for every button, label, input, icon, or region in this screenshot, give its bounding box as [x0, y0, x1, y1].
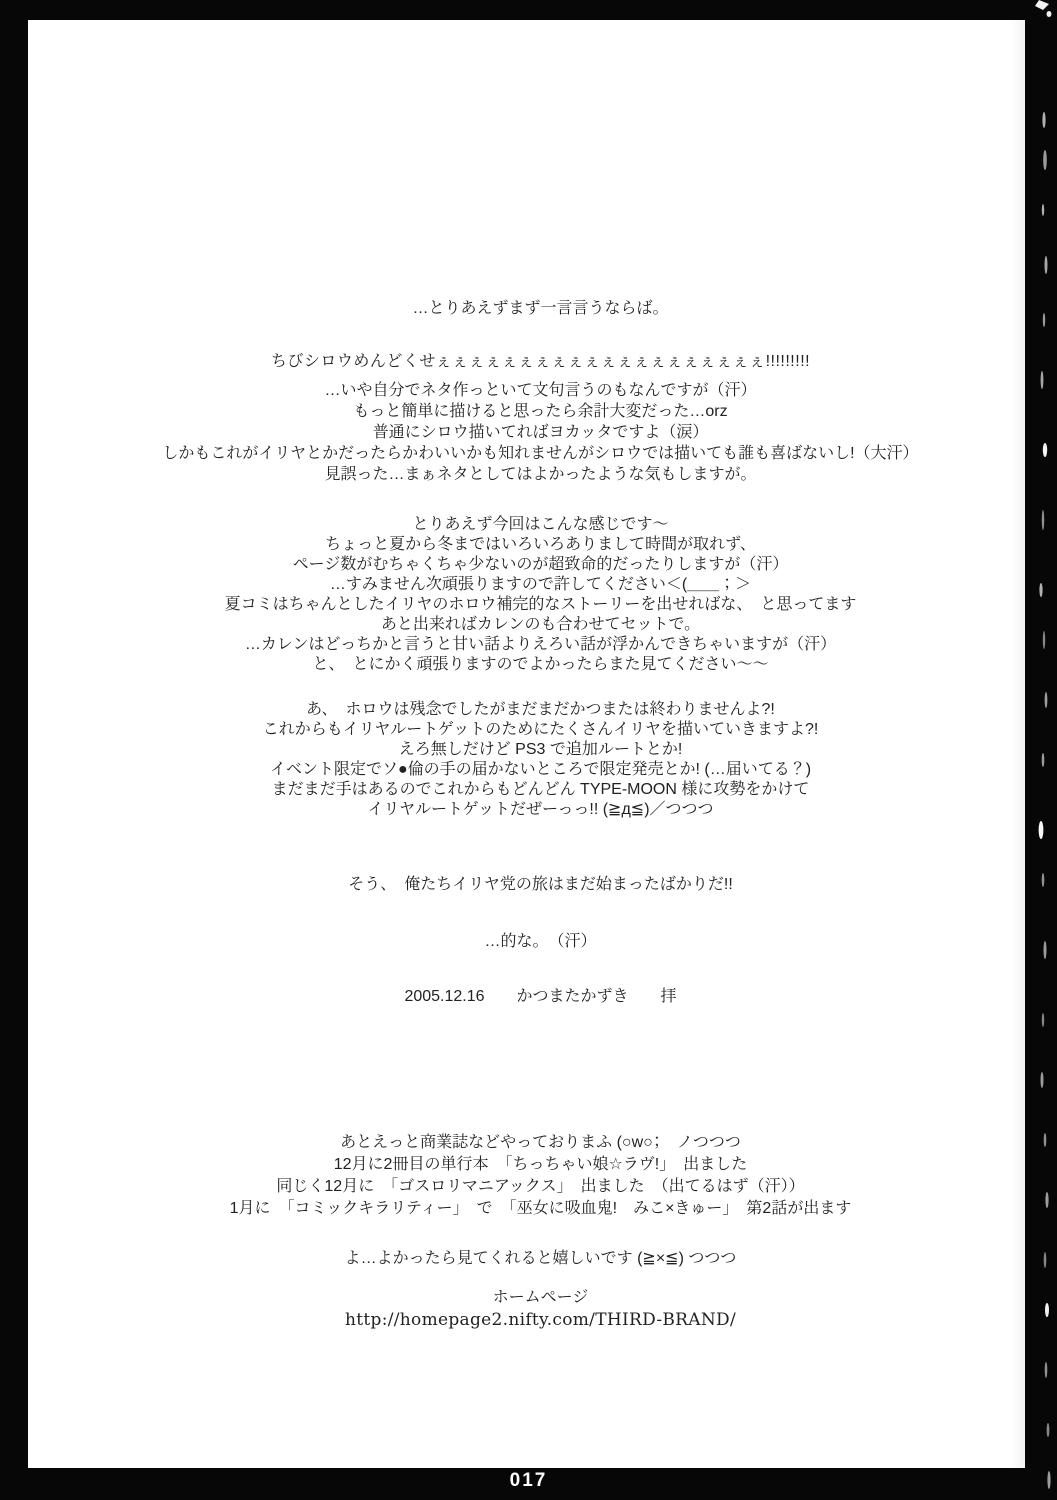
afterword-page: …とりあえずまず一言言うならば。 ちびシロウめんどくせぇぇぇぇぇぇぇぇぇぇぇぇぇ…	[28, 20, 1025, 1468]
text-line: イリヤルートゲットだぜーっっ!! (≧д≦)／つつつ	[42, 800, 1039, 820]
date-signature-line: 2005.12.16 かつまたかずき 拝	[42, 983, 1039, 1006]
text-line: えろ無しだけど PS3 で追加ルートとか!	[42, 740, 1039, 760]
text-line: もっと簡単に描けると思ったら余計大変だった…orz	[42, 401, 1039, 422]
text-line: これからもイリヤルートゲットのためにたくさんイリヤを描いていきますよ?!	[42, 720, 1039, 740]
text-line: …いや自分でネタ作っといて文句言うのもなんですが（汗）	[42, 380, 1039, 401]
text-line: ちょっと夏から冬まではいろいろありまして時間が取れず、	[42, 535, 1039, 555]
afterword-paragraph-this-issue: とりあえず今回はこんな感じです～ ちょっと夏から冬まではいろいろありまして時間が…	[28, 515, 1025, 675]
tekina-line: …的な。 （汗）	[42, 928, 1039, 951]
chibi-shirou-complaint-line: ちびシロウめんどくせぇぇぇぇぇぇぇぇぇぇぇぇぇぇぇぇぇぇぇぇ!!!!!!!!!	[42, 348, 1039, 371]
afterword-paragraph-regret: …いや自分でネタ作っといて文句言うのもなんですが（汗） もっと簡単に描けると思っ…	[28, 380, 1025, 485]
text-line: と、 とにかく頑張りますのでよかったらまた見てください～～	[42, 655, 1039, 675]
text-line: あとえっと商業誌などやっておりまふ (○w○； ノつつつ	[42, 1132, 1039, 1154]
text-line: まだまだ手はあるのでこれからもどんどん TYPE-MOON 様に攻勢をかけて	[42, 780, 1039, 800]
text-line: 普通にシロウ描いてればヨカッタですよ（涙）	[42, 422, 1039, 443]
text-line: あ、 ホロウは残念でしたがまだまだかつまたは終わりませんよ?!	[42, 700, 1039, 720]
please-look-line: よ…よかったら見てくれると嬉しいです (≧×≦) つつつ	[42, 1245, 1039, 1268]
homepage-url: http://homepage2.nifty.com/THIRD-BRAND/	[42, 1309, 1039, 1331]
text-line: 1月に 「コミックキラリティー」 で 「巫女に吸血鬼! みこ×きゅー」 第2話が…	[42, 1198, 1039, 1220]
text-line: 同じく12月に 「ゴスロリマニアックス」 出ました （出てるはず（汗））	[42, 1176, 1039, 1198]
scan-edge-noise	[1025, 0, 1057, 1500]
journey-line: そう、 俺たちイリヤ党の旅はまだ始まったばかりだ!!	[42, 871, 1039, 894]
text-line: しかもこれがイリヤとかだったらかわいいかも知れませんがシロウでは描いても誰も喜ば…	[42, 443, 1039, 464]
text-line: 夏コミはちゃんとしたイリヤのホロウ補完的なストーリーを出せればな、 と思ってます	[42, 595, 1039, 615]
text-line: …カレンはどっちかと言うと甘い話よりえろい話が浮かんできちゃいますが（汗）	[42, 635, 1039, 655]
text-line: …すみません次頑張りますので許してください＜(＿＿；＞	[42, 575, 1039, 595]
text-line: とりあえず今回はこんな感じです～	[42, 515, 1039, 535]
text-line: 12月に2冊目の単行本 「ちっちゃい娘☆ラヴ!」 出ました	[42, 1154, 1039, 1176]
homepage-label: ホームページ	[42, 1287, 1039, 1309]
text-line: ページ数がむちゃくちゃ少ないのが超致命的だったりしますが（汗）	[42, 555, 1039, 575]
page-number: 017	[0, 1470, 1057, 1492]
scanned-document: { "page_number": "017", "colors": { "pap…	[0, 0, 1057, 1500]
text-line: 見誤った…まぁネタとしてはよかったような気もしますが。	[42, 464, 1039, 485]
afterword-paragraph-illya-route: あ、 ホロウは残念でしたがまだまだかつまたは終わりませんよ?! これからもイリヤ…	[28, 700, 1025, 820]
opening-line: …とりあえずまず一言言うならば。	[42, 295, 1039, 318]
homepage-block: ホームページ http://homepage2.nifty.com/THIRD-…	[28, 1287, 1025, 1331]
commercial-works-paragraph: あとえっと商業誌などやっておりまふ (○w○； ノつつつ 12月に2冊目の単行本…	[28, 1132, 1025, 1220]
text-line: イベント限定でソ●倫の手の届かないところで限定発売とか! (…届いてる？)	[42, 760, 1039, 780]
text-line: あと出来ればカレンのも合わせてセットで。	[42, 615, 1039, 635]
